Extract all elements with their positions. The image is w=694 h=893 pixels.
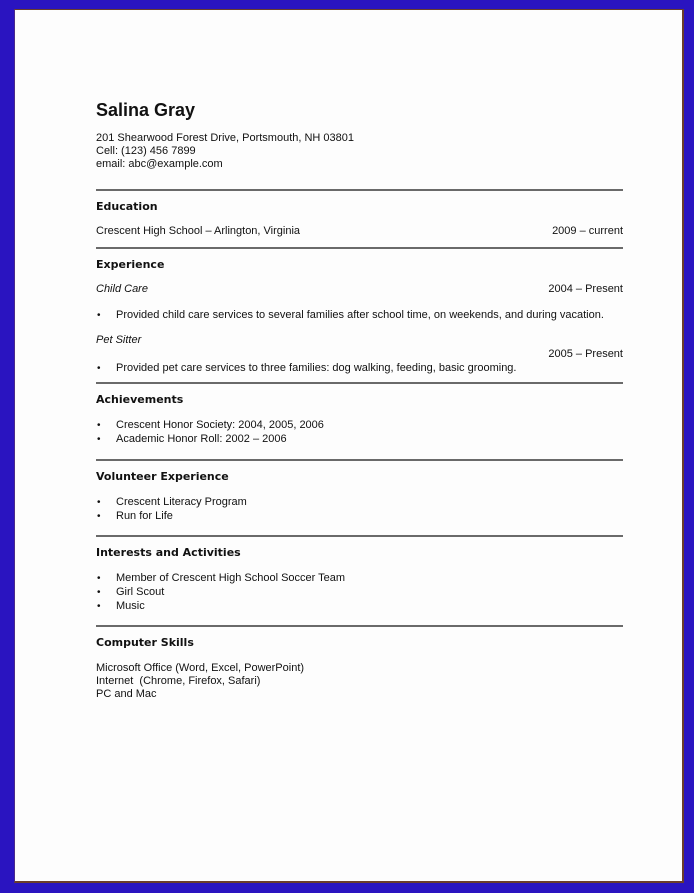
list-item: Academic Honor Roll: 2002 – 2006 [96, 433, 623, 447]
education-entry: Crescent High School – Arlington, Virgin… [96, 225, 623, 247]
job-bullets: Provided pet care services to three fami… [96, 362, 623, 383]
document-frame: Salina Gray 201 Shearwood Forest Drive, … [0, 0, 694, 893]
list-item: Crescent Honor Society: 2004, 2005, 2006 [96, 419, 623, 433]
job-role: Pet Sitter [96, 334, 141, 347]
list-item: Provided pet care services to three fami… [96, 362, 623, 376]
job-dates: 2004 – Present [548, 283, 623, 296]
skill-line: Microsoft Office (Word, Excel, PowerPoin… [96, 662, 623, 675]
job-dates: 2005 – Present [548, 348, 623, 361]
list-item: Provided child care services to several … [96, 309, 623, 323]
email: email: abc@example.com [96, 158, 623, 171]
job-dates-row: 2005 – Present [96, 348, 623, 361]
section-title-experience: Experience [96, 258, 623, 272]
volunteer-list: Crescent Literacy Program Run for Life [96, 496, 623, 535]
section-title-skills: Computer Skills [96, 636, 623, 650]
resume-content: Salina Gray 201 Shearwood Forest Drive, … [96, 99, 623, 700]
experience-section: Experience Child Care 2004 – Present Pro… [96, 247, 623, 382]
section-title-education: Education [96, 200, 623, 214]
school: Crescent High School – Arlington, Virgin… [96, 225, 300, 238]
skill-line: Internet (Chrome, Firefox, Safari) [96, 675, 623, 688]
resume-page: Salina Gray 201 Shearwood Forest Drive, … [14, 9, 684, 883]
skill-line: PC and Mac [96, 688, 623, 701]
list-item: Member of Crescent High School Soccer Te… [96, 572, 623, 586]
interests-section: Interests and Activities Member of Cresc… [96, 535, 623, 625]
achievements-list: Crescent Honor Society: 2004, 2005, 2006… [96, 419, 623, 458]
address: 201 Shearwood Forest Drive, Portsmouth, … [96, 132, 623, 145]
volunteer-section: Volunteer Experience Crescent Literacy P… [96, 459, 623, 535]
interests-list: Member of Crescent High School Soccer Te… [96, 572, 623, 625]
cell-phone: Cell: (123) 456 7899 [96, 145, 623, 158]
job-entry: Child Care 2004 – Present [96, 283, 623, 296]
job-entry: Pet Sitter [96, 334, 623, 347]
achievements-section: Achievements Crescent Honor Society: 200… [96, 382, 623, 458]
education-section: Education Crescent High School – Arlingt… [96, 189, 623, 247]
job-role: Child Care [96, 283, 148, 296]
contact-block: 201 Shearwood Forest Drive, Portsmouth, … [96, 132, 623, 171]
section-title-interests: Interests and Activities [96, 546, 623, 560]
section-title-achievements: Achievements [96, 393, 623, 407]
list-item: Girl Scout [96, 586, 623, 600]
list-item: Run for Life [96, 510, 623, 524]
list-item: Crescent Literacy Program [96, 496, 623, 510]
candidate-name: Salina Gray [96, 99, 623, 121]
list-item: Music [96, 600, 623, 614]
skills-section: Computer Skills Microsoft Office (Word, … [96, 625, 623, 700]
job-bullets: Provided child care services to several … [96, 309, 623, 323]
skills-lines: Microsoft Office (Word, Excel, PowerPoin… [96, 662, 623, 700]
section-title-volunteer: Volunteer Experience [96, 470, 623, 484]
education-dates: 2009 – current [552, 225, 623, 238]
